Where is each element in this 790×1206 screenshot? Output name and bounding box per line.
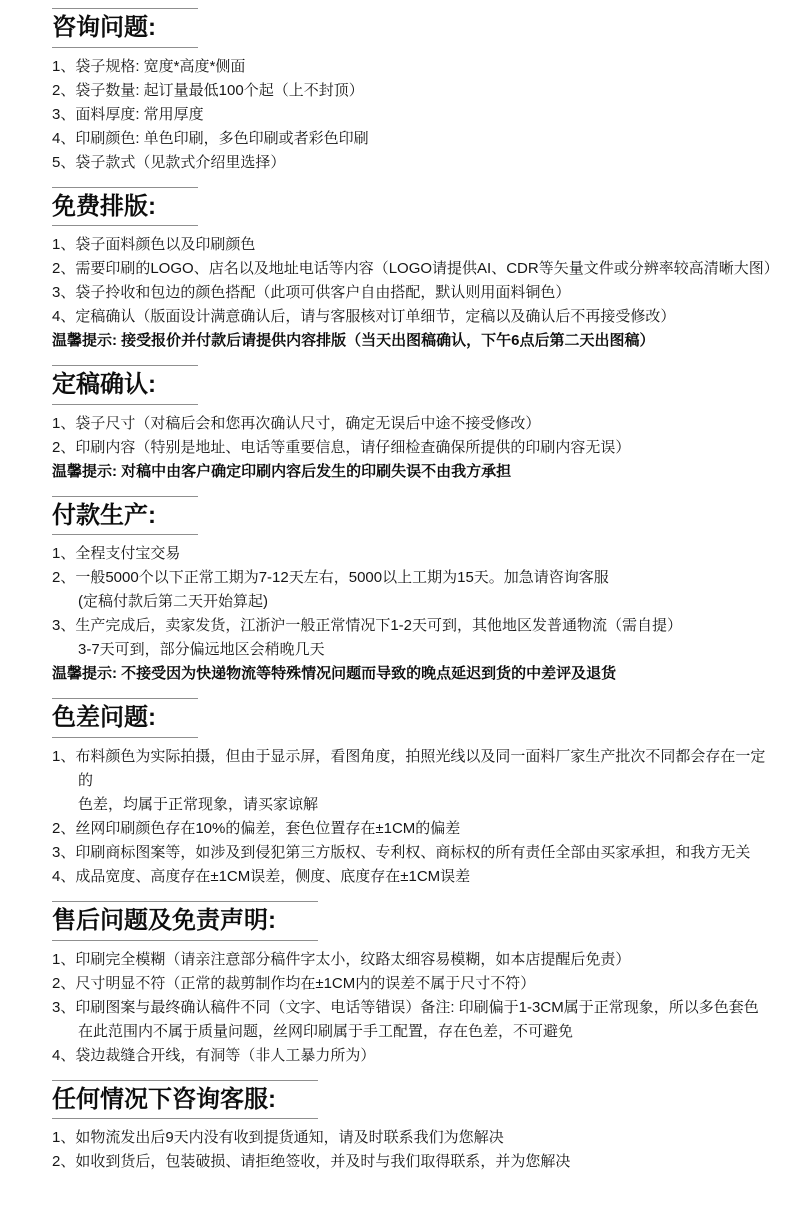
- tip-line: 温馨提示: 接受报价并付款后请提供内容排版（当天出图稿确认，下午6点后第二天出图…: [52, 329, 772, 353]
- section-title: 售后问题及免责声明:: [52, 901, 318, 941]
- section: 色差问题: 1、布料颜色为实际拍摄，但由于显示屏，看图角度，拍照光线以及同一面料…: [52, 698, 772, 889]
- tip-line: 温馨提示: 不接受因为快递物流等特殊情况问题而导致的晚点延迟到货的中差评及退货: [52, 662, 772, 686]
- list-item: 3、面料厚度: 常用厚度: [52, 103, 772, 127]
- section-items: 1、袋子面料颜色以及印刷颜色2、需要印刷的LOGO、店名以及地址电话等内容（LO…: [52, 233, 772, 329]
- list-item: 3、印刷图案与最终确认稿件不同（文字、电话等错误）备注: 印刷偏于1-3CM属于…: [52, 996, 772, 1044]
- section-title: 免费排版:: [52, 187, 198, 227]
- list-item: 3、印刷商标图案等，如涉及到侵犯第三方版权、专利权、商标权的所有责任全部由买家承…: [52, 841, 772, 865]
- section: 咨询问题: 1、袋子规格: 宽度*高度*侧面2、袋子数量: 起订量最低100个起…: [52, 8, 772, 175]
- list-item: 2、尺寸明显不符（正常的裁剪制作均在±1CM内的误差不属于尺寸不符）: [52, 972, 772, 996]
- list-item: 2、一般5000个以下正常工期为7-12天左右，5000以上工期为15天。加急请…: [52, 566, 772, 614]
- list-item: 1、袋子规格: 宽度*高度*侧面: [52, 55, 772, 79]
- list-item: 3、袋子拎收和包边的颜色搭配（此项可供客户自由搭配，默认则用面料铜色）: [52, 281, 772, 305]
- section-title: 色差问题:: [52, 698, 198, 738]
- section-items: 1、印刷完全模糊（请亲注意部分稿件字太小，纹路太细容易模糊，如本店提醒后免责）2…: [52, 948, 772, 1068]
- section: 付款生产: 1、全程支付宝交易2、一般5000个以下正常工期为7-12天左右，5…: [52, 496, 772, 687]
- section: 售后问题及免责声明: 1、印刷完全模糊（请亲注意部分稿件字太小，纹路太细容易模糊…: [52, 901, 772, 1068]
- list-item: 2、袋子数量: 起订量最低100个起（上不封顶）: [52, 79, 772, 103]
- list-item: 4、成品宽度、高度存在±1CM误差，侧度、底度存在±1CM误差: [52, 865, 772, 889]
- section: 任何情况下咨询客服: 1、如物流发出后9天内没有收到提货通知，请及时联系我们为您…: [52, 1080, 772, 1175]
- list-item: 2、丝网印刷颜色存在10%的偏差，套色位置存在±1CM的偏差: [52, 817, 772, 841]
- list-item: 3、生产完成后，卖家发货，江浙沪一般正常情况下1-2天可到，其他地区发普通物流（…: [52, 614, 772, 662]
- section-items: 1、布料颜色为实际拍摄，但由于显示屏，看图角度，拍照光线以及同一面料厂家生产批次…: [52, 745, 772, 889]
- section: 定稿确认: 1、袋子尺寸（对稿后会和您再次确认尺寸，确定无误后中途不接受修改）2…: [52, 365, 772, 484]
- list-item: 1、全程支付宝交易: [52, 542, 772, 566]
- list-item: 1、袋子面料颜色以及印刷颜色: [52, 233, 772, 257]
- section-items: 1、袋子规格: 宽度*高度*侧面2、袋子数量: 起订量最低100个起（上不封顶）…: [52, 55, 772, 175]
- tip-line: 温馨提示: 对稿中由客户确定印刷内容后发生的印刷失误不由我方承担: [52, 460, 772, 484]
- list-item: 4、袋边裁缝合开线，有洞等（非人工暴力所为）: [52, 1044, 772, 1068]
- section-title: 付款生产:: [52, 496, 198, 536]
- section-items: 1、全程支付宝交易2、一般5000个以下正常工期为7-12天左右，5000以上工…: [52, 542, 772, 662]
- section-title: 任何情况下咨询客服:: [52, 1080, 318, 1120]
- list-item: 4、定稿确认（版面设计满意确认后，请与客服核对订单细节，定稿以及确认后不再接受修…: [52, 305, 772, 329]
- list-item: 2、印刷内容（特别是地址、电话等重要信息，请仔细检查确保所提供的印刷内容无误）: [52, 436, 772, 460]
- list-item: 4、印刷颜色: 单色印刷，多色印刷或者彩色印刷: [52, 127, 772, 151]
- section-title: 咨询问题:: [52, 8, 198, 48]
- section-items: 1、如物流发出后9天内没有收到提货通知，请及时联系我们为您解决2、如收到货后，包…: [52, 1126, 772, 1174]
- info-sheet: 咨询问题: 1、袋子规格: 宽度*高度*侧面2、袋子数量: 起订量最低100个起…: [0, 0, 790, 1206]
- section-items: 1、袋子尺寸（对稿后会和您再次确认尺寸，确定无误后中途不接受修改）2、印刷内容（…: [52, 412, 772, 460]
- list-item: 2、需要印刷的LOGO、店名以及地址电话等内容（LOGO请提供AI、CDR等矢量…: [52, 257, 772, 281]
- list-item: 1、袋子尺寸（对稿后会和您再次确认尺寸，确定无误后中途不接受修改）: [52, 412, 772, 436]
- list-item: 2、如收到货后，包装破损、请拒绝签收，并及时与我们取得联系，并为您解决: [52, 1150, 772, 1174]
- list-item: 1、印刷完全模糊（请亲注意部分稿件字太小，纹路太细容易模糊，如本店提醒后免责）: [52, 948, 772, 972]
- list-item: 5、袋子款式（见款式介绍里选择）: [52, 151, 772, 175]
- section: 免费排版: 1、袋子面料颜色以及印刷颜色2、需要印刷的LOGO、店名以及地址电话…: [52, 187, 772, 354]
- list-item: 1、如物流发出后9天内没有收到提货通知，请及时联系我们为您解决: [52, 1126, 772, 1150]
- section-title: 定稿确认:: [52, 365, 198, 405]
- list-item: 1、布料颜色为实际拍摄，但由于显示屏，看图角度，拍照光线以及同一面料厂家生产批次…: [52, 745, 772, 817]
